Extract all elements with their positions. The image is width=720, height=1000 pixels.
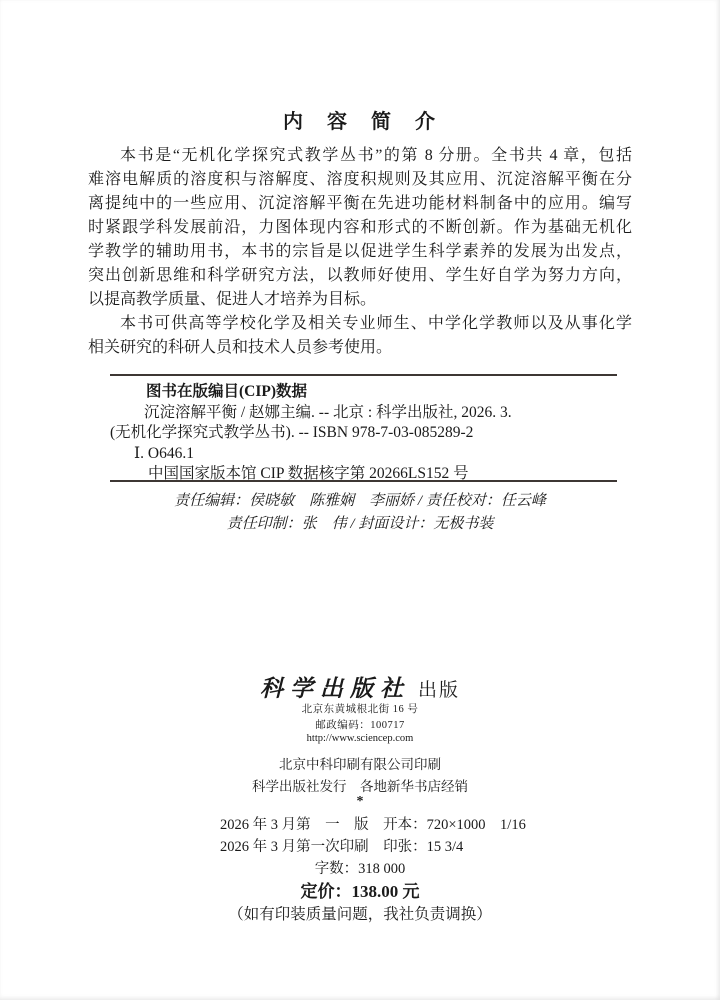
intro-paragraph-1: 本书是“无机化学探究式教学丛书”的第 8 分册。全书共 4 章，包括难溶电解质的… bbox=[88, 144, 632, 312]
divider-top bbox=[110, 374, 617, 376]
publisher-suffix: 出版 bbox=[418, 680, 460, 701]
printing-line: 2026 年 3 月第一次印刷 印张：15 3/4 bbox=[220, 836, 526, 858]
publisher-logo-line: 科学出版社出版 bbox=[0, 670, 720, 703]
publisher-address: 北京东黄城根北街 16 号 bbox=[0, 701, 720, 716]
credits-block: 责任编辑：侯晓敏 陈雅娴 李丽娇 / 责任校对：任云峰 责任印制：张 伟 / 封… bbox=[0, 490, 720, 536]
cip-classification-line: Ⅰ. O646.1 bbox=[110, 444, 630, 465]
distribution-line: 科学出版社发行 各地新华书店经销 bbox=[0, 775, 720, 795]
cip-heading: 图书在版编目(CIP)数据 bbox=[110, 382, 630, 403]
price-line: 定价：138.00 元 bbox=[0, 877, 720, 902]
cip-block: 图书在版编目(CIP)数据 沉淀溶解平衡 / 赵娜主编. -- 北京 : 科学出… bbox=[110, 382, 630, 485]
cip-title-line: 沉淀溶解平衡 / 赵娜主编. -- 北京 : 科学出版社, 2026. 3. bbox=[110, 403, 630, 424]
printer-line: 北京中科印刷有限公司印刷 bbox=[0, 753, 720, 773]
text-line: 以提高教学质量、促进人才培养为目标。 bbox=[88, 288, 632, 312]
text-line: 时紧跟学科发展前沿，力图体现内容和形式的不断创新。作为基础无机化 bbox=[88, 216, 632, 240]
text-line: 相关研究的科研人员和技术人员参考使用。 bbox=[88, 336, 632, 360]
edition-line: 2026 年 3 月第 一 版 开本：720×1000 1/16 bbox=[220, 814, 526, 836]
cip-isbn-line: (无机化学探究式教学丛书). -- ISBN 978-7-03-085289-2 bbox=[110, 423, 630, 444]
publisher-logo: 科学出版社 bbox=[260, 676, 410, 701]
copyright-page: 内 容 简 介 本书是“无机化学探究式教学丛书”的第 8 分册。全书共 4 章，… bbox=[0, 0, 720, 1000]
publisher-postcode: 邮政编码：100717 bbox=[0, 717, 720, 732]
text-line: 本书是“无机化学探究式教学丛书”的第 8 分册。全书共 4 章，包括 bbox=[88, 144, 632, 168]
credits-editors-line: 责任编辑：侯晓敏 陈雅娴 李丽娇 / 责任校对：任云峰 bbox=[0, 490, 720, 513]
quality-notice: （如有印装质量问题，我社负责调换） bbox=[0, 902, 720, 924]
edition-block: 2026 年 3 月第 一 版 开本：720×1000 1/16 2026 年 … bbox=[220, 814, 526, 858]
publisher-url: http://www.sciencep.com bbox=[0, 733, 720, 744]
text-line: 学教学的辅助用书，本书的宗旨是以促进学生科学素养的发展为出发点， bbox=[88, 240, 632, 264]
text-line: 离提纯中的一些应用、沉淀溶解平衡在先进功能材料制备中的应用。编写 bbox=[88, 192, 632, 216]
text-line: 难溶电解质的溶度积与溶解度、溶度积规则及其应用、沉淀溶解平衡在分 bbox=[88, 168, 632, 192]
divider-bottom bbox=[110, 480, 617, 482]
separator-star: * bbox=[0, 794, 720, 810]
text-line: 本书可供高等学校化学及相关专业师生、中学化学教师以及从事化学 bbox=[88, 312, 632, 336]
intro-paragraph-2: 本书可供高等学校化学及相关专业师生、中学化学教师以及从事化学相关研究的科研人员和… bbox=[88, 312, 632, 360]
page-title: 内 容 简 介 bbox=[0, 105, 720, 134]
intro-section: 本书是“无机化学探究式教学丛书”的第 8 分册。全书共 4 章，包括难溶电解质的… bbox=[88, 144, 632, 360]
credits-print-design-line: 责任印制：张 伟 / 封面设计：无极书装 bbox=[0, 513, 720, 536]
word-count-line: 字数：318 000 bbox=[0, 857, 720, 878]
text-line: 突出创新思维和科学研究方法，以教师好使用、学生好自学为努力方向， bbox=[88, 264, 632, 288]
